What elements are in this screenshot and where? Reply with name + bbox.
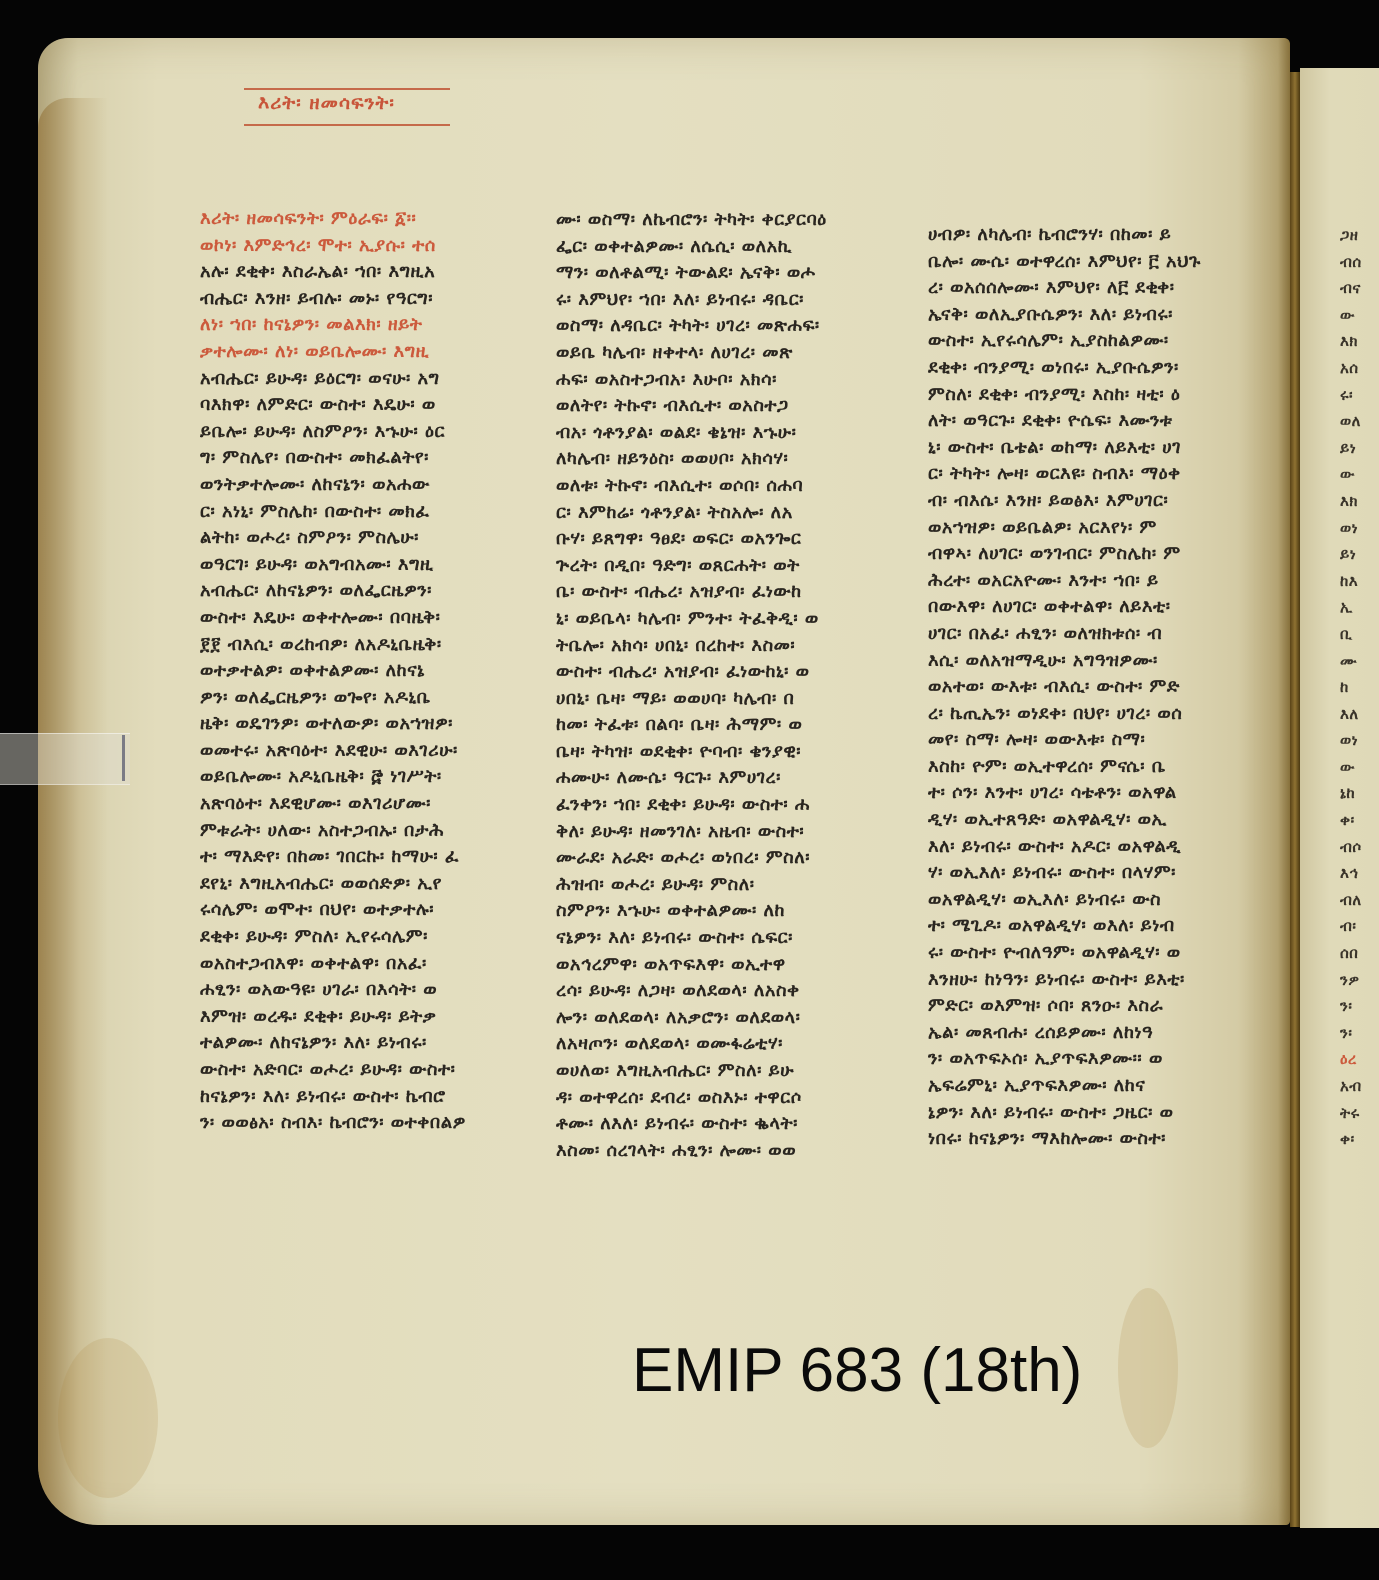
text-line: ለነ፡ ኀበ፡ ከናኔዎን፡ መልእክ፡ ዘይት [200, 312, 520, 339]
text-line: ው [1340, 754, 1379, 781]
text-line: ሩ፡ ውስተ፡ ዮብለዓም፡ ወአዋልዲሃ፡ ወ [928, 940, 1240, 967]
text-line: ደቂቀ፡ ብንያሚ፡ ወነበሩ፡ ኢያቡሴዎን፡ [928, 355, 1240, 382]
running-header: እሪት፡ ዘመሳፍንት፡ [258, 92, 395, 114]
text-line: እኅ [1340, 860, 1379, 887]
text-line: ወተቃተልዎ፡ ወቀተልዎሙ፡ ለከናኔ [200, 658, 520, 685]
text-line: ለካሌብ፡ ዘይንዕስ፡ ወወሀቦ፡ አክሳሃ፡ [556, 446, 886, 473]
text-line: እክ [1340, 488, 1379, 515]
text-line: ከናኔዎን፡ እለ፡ ይነብሩ፡ ውስተ፡ ኬብሮ [200, 1084, 520, 1111]
text-line: ይቤሎ፡ ይሁዳ፡ ለስምዖን፡ እኁሁ፡ ዕር [200, 419, 520, 446]
text-line: ቢ [1340, 621, 1379, 648]
text-line: አሰ [1340, 355, 1379, 382]
text-line: ደቂቀ፡ ይሁዳ፡ ምስለ፡ ኢየሩሳሌም፡ [200, 924, 520, 951]
text-line: ወለ [1340, 408, 1379, 435]
text-line: ረ፡ ኬጢኤን፡ ወነደቀ፡ በህየ፡ ሀገረ፡ ወሰ [928, 701, 1240, 728]
text-line: ን፡ ወወፅአ፡ ስብእ፡ ኬብሮን፡ ወተቀበልዎ [200, 1110, 520, 1137]
text-line: ሎን፡ ወለደወላ፡ ለአቃሮን፡ ወለደወላ፡ [556, 1005, 886, 1032]
text-line: ዎን፡ ወለፌርዜዎን፡ ወጐየ፡ አዶኒቤ [200, 685, 520, 712]
text-line: ቤሎ፡ ሙሴ፡ ወተዋረሰ፡ እምህየ፡ ፫ አህጉ [928, 249, 1240, 276]
text-line: ከእ [1340, 568, 1379, 595]
text-column-facing-partial: ጋዘብሰብናውእክአሰሩ፡ወለይነውእክወነይነከእኢቢሙከእለወነውኔከቀ፡ብ… [1340, 222, 1379, 1153]
text-line: ሰበ [1340, 940, 1379, 967]
text-line: ወአዋልዲሃ፡ ወኢእለ፡ ይነብሩ፡ ውስ [928, 887, 1240, 914]
text-line: እሲ፡ ወለአዝማዲሁ፡ አግዓዝዎሙ፡ [928, 648, 1240, 675]
text-line: ትሩ [1340, 1100, 1379, 1127]
text-line: ናኔዎን፡ እለ፡ ይነብሩ፡ ውስተ፡ ሴፍር፡ [556, 925, 886, 952]
text-line: ይነ [1340, 541, 1379, 568]
text-line: ግ፡ ምስሌየ፡ በውስተ፡ መክፈልትየ፡ [200, 445, 520, 472]
text-line: ሃ፡ ወኢእለ፡ ይነብሩ፡ ውስተ፡ በላሃም፡ [928, 860, 1240, 887]
text-line: ኒ፡ ውስተ፡ ቤቴል፡ ወከማ፡ ለይእቲ፡ ሀገ [928, 435, 1240, 462]
text-line: ሙ፡ ወስማ፡ ለኬብሮን፡ ትካት፡ ቀርያርባዕ [556, 207, 886, 234]
text-line: ቀ፡ [1340, 1126, 1379, 1153]
text-line: ብአ፡ ጎቶንያል፡ ወልደ፡ ቄኔዝ፡ እኁሁ፡ [556, 420, 886, 447]
text-line: ቀ፡ [1340, 807, 1379, 834]
text-line: ቤ፡ ውስተ፡ ብሔረ፡ አዝያብ፡ ፈነውከ [556, 579, 886, 606]
text-line: ብ፡ ብእሴ፡ እንዘ፡ ይወፅእ፡ እምሀገር፡ [928, 488, 1240, 515]
text-line: ደየኒ፡ እግዚአብሔር፡ ወወሰድዎ፡ ኢየ [200, 871, 520, 898]
text-line: እስመ፡ ሰረገላት፡ ሐፂን፡ ሎሙ፡ ወወ [556, 1138, 886, 1165]
text-line: ጋዘ [1340, 222, 1379, 249]
text-line: ሩ፡ እምህየ፡ ኀበ፡ እለ፡ ይነብሩ፡ ዳቤር፡ [556, 287, 886, 314]
water-stain [58, 1338, 158, 1498]
text-line: ተ፡ ማእድየ፡ በከመ፡ ገበርኩ፡ ከማሁ፡ ፈ [200, 844, 520, 871]
text-line: ተልዎሙ፡ ለከናኔዎን፡ እለ፡ ይነብሩ፡ [200, 1030, 520, 1057]
text-line: ትቤሎ፡ አክሳ፡ ሀበኒ፡ በረከተ፡ እስመ፡ [556, 633, 886, 660]
text-line: ብዋኣ፡ ለሀገር፡ ወንገብር፡ ምስሌከ፡ ም [928, 541, 1240, 568]
text-line: ሕረተ፡ ወአርአዮሙ፡ እንተ፡ ኀበ፡ ይ [928, 568, 1240, 595]
manuscript-caption: EMIP 683 (18th) [632, 1335, 1082, 1406]
text-line: ረ፡ ወአሰሰሎሙ፡ እምህየ፡ ለ፫ ደቂቀ፡ [928, 275, 1240, 302]
text-line: ዕረ [1340, 1046, 1379, 1073]
water-stain [1118, 1288, 1178, 1448]
text-line: ር፡ እምከሬ፡ ጎቶንያል፡ ትስአሎ፡ ለአ [556, 500, 886, 527]
text-line: ብለ [1340, 887, 1379, 914]
text-line: እምዝ፡ ወረዱ፡ ደቂቀ፡ ይሁዳ፡ ይትቃ [200, 1004, 520, 1031]
text-line: ወይቤ ካሌብ፡ ዘቀተላ፡ ለሀገረ፡ መጽ [556, 340, 886, 367]
text-line: ሐፍ፡ ወአስተጋብአ፡ እሁቦ፡ አክሳ፡ [556, 367, 886, 394]
text-line: ፻፻ ብእሲ፡ ወረከብዎ፡ ለአዶኒቤዜቅ፡ [200, 632, 520, 659]
text-line: ባእክዋ፡ ለምድር፡ ውስተ፡ እዴሁ፡ ወ [200, 392, 520, 419]
text-line: አጽባዕተ፡ እደዊሆሙ፡ ወእገሪሆሙ፡ [200, 791, 520, 818]
text-line: ኔዎን፡ እለ፡ ይነብሩ፡ ውስተ፡ ጋዜር፡ ወ [928, 1100, 1240, 1127]
text-line: እለ [1340, 701, 1379, 728]
text-line: ን፡ ወአጥፍኦሰ፡ ኢያጥፍእዎሙ፡፡ ወ [928, 1046, 1240, 1073]
text-line: ኤፍሬምኒ፡ ኢያጥፍእዎሙ፡ ለከና [928, 1073, 1240, 1100]
text-line: ምድር፡ ወእምዝ፡ ሶበ፡ ጸንዑ፡ እስራ [928, 993, 1240, 1020]
text-line: ሙራደ፡ አራድ፡ ወሖረ፡ ወነበረ፡ ምስለ፡ [556, 845, 886, 872]
text-line: ወንትቃተሎሙ፡ ለከናኔን፡ ወአሐው [200, 472, 520, 499]
text-line: ብና [1340, 275, 1379, 302]
text-line: ምስለ፡ ደቂቀ፡ ብንያሚ፡ እስከ፡ ዛቲ፡ ዕ [928, 382, 1240, 409]
text-line: ቶሙ፡ ለእለ፡ ይነብሩ፡ ውስተ፡ ቈላት፡ [556, 1111, 886, 1138]
text-line: ው [1340, 302, 1379, 329]
text-line: በውእዋ፡ ለሀገር፡ ወቀተልዋ፡ ለይእቲ፡ [928, 594, 1240, 621]
text-line: አብ [1340, 1073, 1379, 1100]
text-line: ን፡ [1340, 993, 1379, 1020]
text-line: ን፡ [1340, 1020, 1379, 1047]
text-line: ኒ፡ ወይቤላ፡ ካሌብ፡ ምንተ፡ ትፈቅዲ፡ ወ [556, 606, 886, 633]
text-line: ወመተሩ፡ አጽባዕተ፡ እደዊሁ፡ ወእገሪሁ፡ [200, 738, 520, 765]
text-line: ረሳ፡ ይሁዳ፡ ለጋዛ፡ ወለደወላ፡ ለአስቀ [556, 978, 886, 1005]
text-line: ኤል፡ መጸብሐ፡ ረሰይዎሙ፡ ለከነዓ [928, 1020, 1240, 1047]
text-line: ወለቱ፡ ትኩኖ፡ ብእሲተ፡ ወሶበ፡ ሰሐባ [556, 473, 886, 500]
text-line: ቡሃ፡ ይጸግዋ፡ ዓፀደ፡ ወፍር፡ ወአንጐር [556, 526, 886, 553]
text-line: ወነ [1340, 727, 1379, 754]
text-line: ወስማ፡ ለዳቤር፡ ትካት፡ ሀገረ፡ መጽሐፍ፡ [556, 313, 886, 340]
text-line: እለ፡ ይነብሩ፡ ውስተ፡ አዶር፡ ወአዋልዲ [928, 834, 1240, 861]
text-line: ይነ [1340, 435, 1379, 462]
text-line: እስከ፡ ዮም፡ ወኢተዋረሰ፡ ምናሴ፡ ቤ [928, 754, 1240, 781]
text-line: ሩሳሌም፡ ወሞተ፡ በህየ፡ ወተቃተሉ፡ [200, 897, 520, 924]
text-line: ዲሃ፡ ወኢተጸዓድ፡ ወአዋልዲሃ፡ ወኢ [928, 807, 1240, 834]
text-line: ለት፡ ወዓርጉ፡ ደቂቀ፡ ዮሴፍ፡ እሙንቱ [928, 408, 1240, 435]
text-line: ቃተሎሙ፡ ለነ፡ ወይቤሎሙ፡ እግዚ [200, 339, 520, 366]
text-line: ብ፡ [1340, 913, 1379, 940]
text-line: ውስተ፡ ኢየሩሳሌም፡ ኢያስከልዎሙ፡ [928, 328, 1240, 355]
text-line: ስምዖን፡ እኁሁ፡ ወቀተልዎሙ፡ ለከ [556, 898, 886, 925]
text-line: ተ፡ ሜጊዶ፡ ወአዋልዲሃ፡ ወእለ፡ ይነብ [928, 913, 1240, 940]
text-line: ወዓርገ፡ ይሁዳ፡ ወአግብአሙ፡ እግዚ [200, 552, 520, 579]
text-line: ሩ፡ [1340, 382, 1379, 409]
text-line: እንዘሁ፡ ከነዓን፡ ይነብሩ፡ ውስተ፡ ይእቲ፡ [928, 967, 1240, 994]
text-line: ሀበኒ፡ ቤዛ፡ ማይ፡ ወወሀባ፡ ካሌብ፡ በ [556, 686, 886, 713]
text-line: ው [1340, 461, 1379, 488]
text-line: ብሔር፡ እንዘ፡ ይብሉ፡ መኑ፡ የዓርግ፡ [200, 286, 520, 313]
text-column-1: እሪት፡ ዘመሳፍንት፡ ምዕራፍ፡ ፩፡፡ወኮነ፡ እምድኅረ፡ ሞተ፡ ኢያ… [200, 206, 520, 1137]
text-line: ንዎ [1340, 967, 1379, 994]
text-line: ዳ፡ ወተዋረሰ፡ ደብረ፡ ወስእኑ፡ ተዋርሶ [556, 1085, 886, 1112]
text-line: ከመ፡ ትፈቱ፡ በልባ፡ ቤዛ፡ ሕማም፡ ወ [556, 712, 886, 739]
text-line: ጕረት፡ በዲበ፡ ዓድግ፡ ወጸርሐት፡ ወት [556, 553, 886, 580]
text-line: መየ፡ ስማ፡ ሎዛ፡ ወውእቱ፡ ስማ፡ [928, 727, 1240, 754]
text-line: ር፡ ትካት፡ ሎዛ፡ ወርእዩ፡ ስብእ፡ ማዕቀ [928, 461, 1240, 488]
text-line: ሐፂን፡ ወአውዓዩ፡ ሀገራ፡ በእሳት፡ ወ [200, 977, 520, 1004]
text-line: ወአኀዝዎ፡ ወይቤልዎ፡ አርእየነ፡ ም [928, 515, 1240, 542]
text-line: ብሰ [1340, 249, 1379, 276]
text-line: ምቱራት፡ ሀለው፡ አስተጋብኡ፡ በታሕ [200, 818, 520, 845]
text-column-2: ሙ፡ ወስማ፡ ለኬብሮን፡ ትካት፡ ቀርያርባዕፌር፡ ወቀተልዎሙ፡ ለሴ… [556, 207, 886, 1164]
text-line: ሀገር፡ በአፈ፡ ሐፂን፡ ወለዝክቱሰ፡ ብ [928, 621, 1240, 648]
text-line: ሀብዎ፡ ለካሌብ፡ ኬብሮንሃ፡ በከመ፡ ይ [928, 222, 1240, 249]
text-line: ወአኅረምዋ፡ ወአጥፍእዋ፡ ወኢተዋ [556, 952, 886, 979]
text-line: ወኮነ፡ እምድኅረ፡ ሞተ፡ ኢያሱ፡ ተሰ [200, 233, 520, 260]
text-line: ወይቤሎሙ፡ አዶኒቤዜቅ፡ ፸ ነገሥት፡ [200, 764, 520, 791]
text-line: ልትከ፡ ወሖረ፡ ስምዖን፡ ምስሌሁ፡ [200, 525, 520, 552]
text-line: ውስተ፡ ብሔረ፡ አዝያብ፡ ፈነውከኒ፡ ወ [556, 659, 886, 686]
text-line: ኔከ [1340, 780, 1379, 807]
book-gutter [1290, 72, 1300, 1527]
text-line: ማን፡ ወለቶልሚ፡ ትውልደ፡ ኤናቅ፡ ወሖ [556, 260, 886, 287]
text-line: ውስተ፡ እዴሁ፡ ወቀተሎሙ፡ በባዜቅ፡ [200, 605, 520, 632]
text-line: ዜቅ፡ ወዴገንዎ፡ ወተለውዎ፡ ወአኀዝዎ፡ [200, 711, 520, 738]
text-line: ሙ [1340, 648, 1379, 675]
text-line: ነበሩ፡ ከናኔዎን፡ ማእከሎሙ፡ ውስተ፡ [928, 1126, 1240, 1153]
text-line: ተ፡ ሶን፡ እንተ፡ ሀገረ፡ ሳቴቶን፡ ወአዋል [928, 780, 1240, 807]
text-line: ወአስተጋብእዋ፡ ወቀተልዋ፡ በአፈ፡ [200, 951, 520, 978]
text-line: ብሶ [1340, 834, 1379, 861]
text-line: ሕዝብ፡ ወሖረ፡ ይሁዳ፡ ምስለ፡ [556, 872, 886, 899]
text-line: ር፡ አነኒ፡ ምስሌከ፡ በውስተ፡ መክፈ [200, 499, 520, 526]
text-line: ቅለ፡ ይሁዳ፡ ዘመንገለ፡ አዜብ፡ ውስተ፡ [556, 819, 886, 846]
text-line: ኢ [1340, 594, 1379, 621]
text-line: ፈንቀን፡ ኀበ፡ ደቂቀ፡ ይሁዳ፡ ውስተ፡ ሐ [556, 792, 886, 819]
text-line: ወሀለወ፡ እግዚአብሔር፡ ምስለ፡ ይሁ [556, 1058, 886, 1085]
text-line: አብሔር፡ ይሁዳ፡ ይዕርግ፡ ወናሁ፡ አግ [200, 366, 520, 393]
text-line: ኤናቅ፡ ወለኢያቡሴዎን፡ እለ፡ ይነብሩ፡ [928, 302, 1240, 329]
text-line: ወለትየ፡ ትኩኖ፡ ብእሲተ፡ ወአስተጋ [556, 393, 886, 420]
text-line: ወአተወ፡ ውእቱ፡ ብእሲ፡ ውስተ፡ ምድ [928, 674, 1240, 701]
text-line: ለአዛጦን፡ ወለደወላ፡ ወሙፋሬቲሃ፡ [556, 1031, 886, 1058]
text-column-3: ሀብዎ፡ ለካሌብ፡ ኬብሮንሃ፡ በከመ፡ ይቤሎ፡ ሙሴ፡ ወተዋረሰ፡ እ… [928, 222, 1240, 1153]
tab-clip-icon [122, 735, 125, 781]
text-line: እክ [1340, 328, 1379, 355]
text-line: ቤዛ፡ ትካዝ፡ ወደቂቀ፡ ዮባብ፡ ቄንያዊ፡ [556, 739, 886, 766]
text-line: አብሔር፡ ለከናኔዎን፡ ወለፌርዜዎን፡ [200, 578, 520, 605]
text-line: እሪት፡ ዘመሳፍንት፡ ምዕራፍ፡ ፩፡፡ [200, 206, 520, 233]
text-line: አሉ፡ ደቂቀ፡ እስራኤል፡ ኀበ፡ እግዚአ [200, 259, 520, 286]
text-line: ፌር፡ ወቀተልዎሙ፡ ለሴሲ፡ ወለአኪ [556, 234, 886, 261]
text-line: ወነ [1340, 515, 1379, 542]
text-line: ከ [1340, 674, 1379, 701]
clear-tab-marker [0, 733, 130, 785]
text-line: ሐሙሁ፡ ለሙሴ፡ ዓርጉ፡ እምሀገረ፡ [556, 765, 886, 792]
text-line: ውስተ፡ አድባር፡ ወሖረ፡ ይሁዳ፡ ውስተ፡ [200, 1057, 520, 1084]
